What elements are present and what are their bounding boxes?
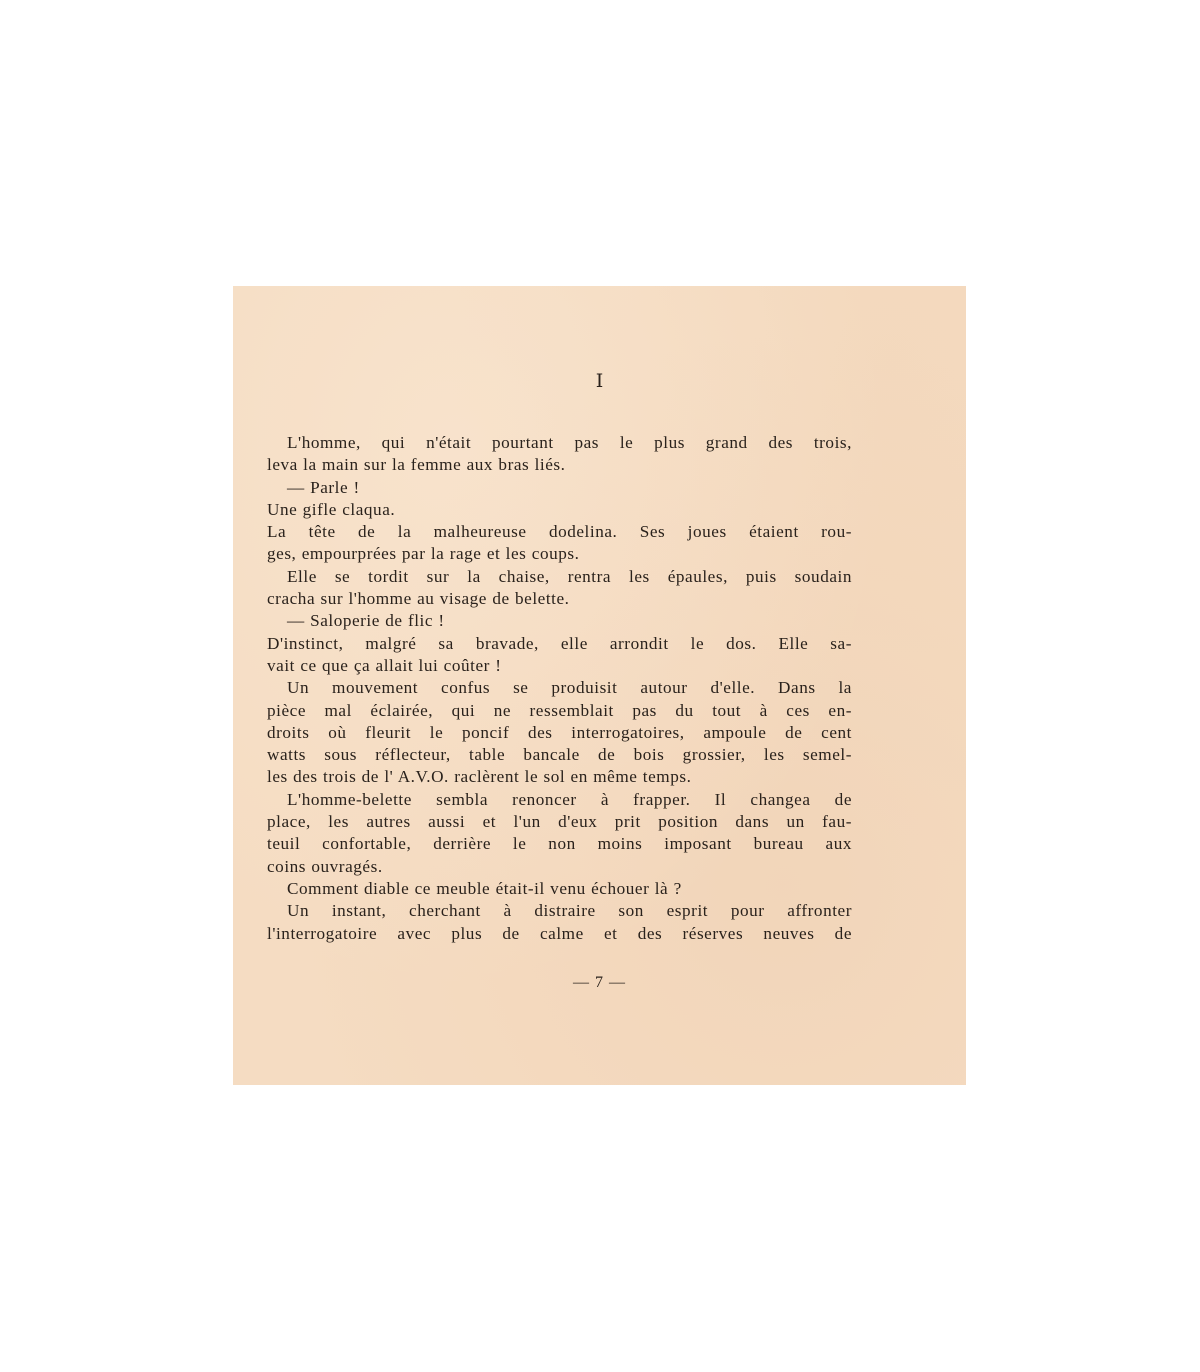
text-line: ges, empourprées par la rage et les coup… (267, 543, 852, 565)
text-line: Une gifle claqua. (267, 499, 852, 521)
text-line: — Saloperie de flic ! (267, 610, 852, 632)
text-line: L'homme, qui n'était pourtant pas le plu… (267, 432, 852, 454)
text-line: — Parle ! (267, 477, 852, 499)
text-line: D'instinct, malgré sa bravade, elle arro… (267, 633, 852, 655)
book-page: I L'homme, qui n'était pourtant pas le p… (233, 286, 966, 1085)
text-line: leva la main sur la femme aux bras liés. (267, 454, 852, 476)
text-line: L'homme-belette sembla renoncer à frappe… (267, 789, 852, 811)
text-line: Comment diable ce meuble était-il venu é… (267, 878, 852, 900)
text-line: pièce mal éclairée, qui ne ressemblait p… (267, 700, 852, 722)
text-line: vait ce que ça allait lui coûter ! (267, 655, 852, 677)
text-line: Un instant, cherchant à distraire son es… (267, 900, 852, 922)
text-line: droits où fleurit le poncif des interrog… (267, 722, 852, 744)
text-line: coins ouvragés. (267, 856, 852, 878)
text-line: place, les autres aussi et l'un d'eux pr… (267, 811, 852, 833)
text-line: Elle se tordit sur la chaise, rentra les… (267, 566, 852, 588)
text-line: l'interrogatoire avec plus de calme et d… (267, 923, 852, 945)
text-line: La tête de la malheureuse dodelina. Ses … (267, 521, 852, 543)
body-text: L'homme, qui n'était pourtant pas le plu… (267, 432, 852, 945)
text-line: cracha sur l'homme au visage de belette. (267, 588, 852, 610)
text-line: watts sous réflecteur, table bancale de … (267, 744, 852, 766)
text-line: Un mouvement confus se produisit autour … (267, 677, 852, 699)
page-number: — 7 — (233, 974, 966, 992)
text-line: teuil confortable, derrière le non moins… (267, 833, 852, 855)
chapter-heading: I (233, 370, 966, 392)
text-line: les des trois de l' A.V.O. raclèrent le … (267, 766, 852, 788)
